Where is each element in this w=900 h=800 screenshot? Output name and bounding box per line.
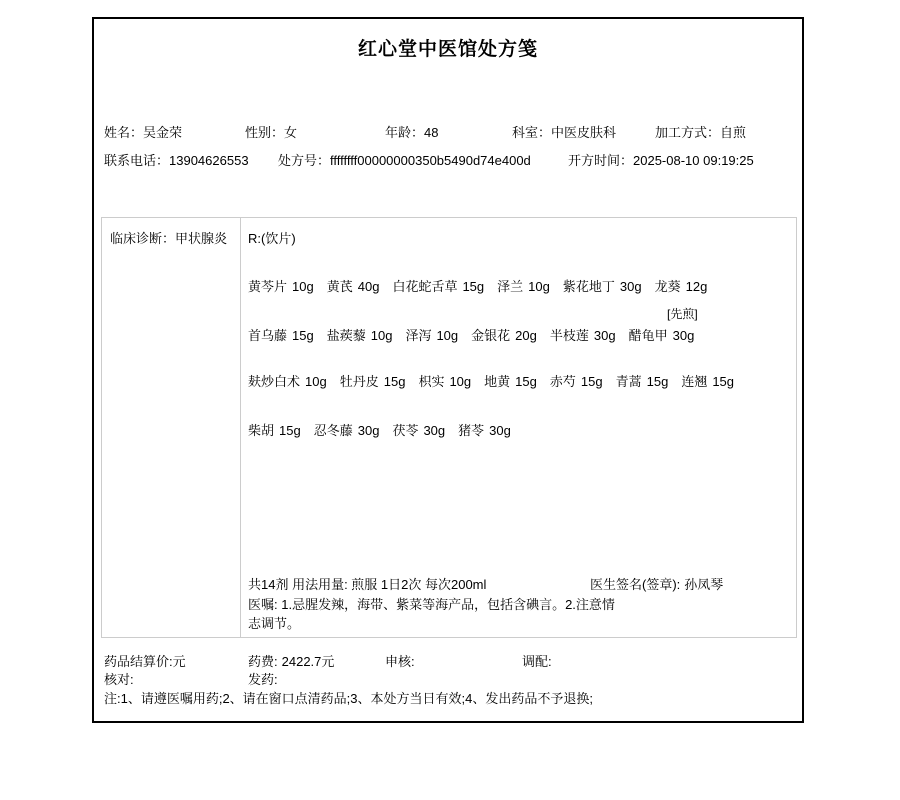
processing-method-value: 自煎 xyxy=(720,125,746,140)
drug-fee-field: 药费:2422.7元 xyxy=(248,651,334,670)
herb-name: 牡丹皮 xyxy=(340,374,379,389)
herb-quantity: 15g xyxy=(515,374,537,389)
doctor-signature-name: 孙凤琴 xyxy=(684,577,723,592)
herb-name: 地黄 xyxy=(484,374,510,389)
patient-age-value: 48 xyxy=(424,125,438,140)
herb-line-1: 黄芩片10g黄芪40g白花蛇舌草15g泽兰10g紫花地丁30g龙葵12g xyxy=(248,276,720,295)
herb-quantity: 15g xyxy=(384,374,406,389)
medical-advice-line-1: 医嘱: 1.忌腥发辣，海带、紫菜等海产品，包括含碘言。2.注意情 xyxy=(248,594,615,613)
herb-name: 紫花地丁 xyxy=(563,279,615,294)
department-field: 科室：中医皮肤科 xyxy=(512,122,616,141)
herb-name: 茯苓 xyxy=(392,423,418,438)
herb-name: 泽泻 xyxy=(405,328,431,343)
usage-text: 共14剂 用法用量: 煎服 1日2次 每次200ml xyxy=(248,574,486,593)
prescription-number-value: ffffffff00000000350b5490d74e400d xyxy=(330,153,531,168)
herb-name: 龙葵 xyxy=(655,279,681,294)
herb-quantity: 15g xyxy=(712,374,734,389)
department-value: 中医皮肤科 xyxy=(551,125,616,140)
medical-advice-line-2: 志调节。 xyxy=(248,613,300,632)
herb-name: 金银花 xyxy=(471,328,510,343)
herb-quantity: 10g xyxy=(371,328,393,343)
herb-quantity: 15g xyxy=(581,374,603,389)
prescription-number-field: 处方号：ffffffff00000000350b5490d74e400d xyxy=(278,150,531,169)
prescription-number-label: 处方号： xyxy=(278,153,330,168)
prescription-time-value: 2025-08-10 09:19:25 xyxy=(633,153,754,168)
drug-fee-label: 药费: xyxy=(248,654,278,669)
processing-method-field: 加工方式：自煎 xyxy=(655,122,746,141)
herb-name: 赤芍 xyxy=(550,374,576,389)
herb-item: 猪苓30g xyxy=(458,423,511,438)
prescription-time-field: 开方时间：2025-08-10 09:19:25 xyxy=(568,150,754,169)
herb-quantity: 15g xyxy=(279,423,301,438)
herb-item: 白花蛇舌草15g xyxy=(392,279,484,294)
patient-name-field: 姓名：吴金荣 xyxy=(104,122,182,141)
herb-item: 首乌藤15g xyxy=(248,328,314,343)
herb-item: 麸炒白术10g xyxy=(248,374,327,389)
herb-quantity: 10g xyxy=(436,328,458,343)
herb-quantity: 15g xyxy=(292,328,314,343)
herb-quantity: 30g xyxy=(423,423,445,438)
diagnosis-field: 临床诊断：甲状腺炎 xyxy=(110,228,227,247)
herb-quantity: 10g xyxy=(292,279,314,294)
herb-quantity: 30g xyxy=(620,279,642,294)
herb-name: 枳实 xyxy=(418,374,444,389)
footer-note: 注:1、请遵医嘱用药;2、请在窗口点清药品;3、本处方当日有效;4、发出药品不予… xyxy=(104,688,593,707)
herb-name: 麸炒白术 xyxy=(248,374,300,389)
patient-name-value: 吴金荣 xyxy=(143,125,182,140)
herb-quantity: 30g xyxy=(673,328,695,343)
herb-name: 首乌藤 xyxy=(248,328,287,343)
herb-quantity: 10g xyxy=(528,279,550,294)
patient-gender-label: 性别： xyxy=(245,125,284,140)
herb-name: 盐蒺藜 xyxy=(327,328,366,343)
herb-item: 赤芍15g xyxy=(550,374,603,389)
herb-item: 泽兰10g xyxy=(497,279,550,294)
settlement-price-label: 药品结算价: xyxy=(104,654,173,669)
herb-item: 忍冬藤30g xyxy=(314,423,380,438)
herb-name: 半枝莲 xyxy=(550,328,589,343)
rx-header: R:(饮片) xyxy=(248,228,296,247)
decoct-first-tag: [先煎] xyxy=(667,305,698,322)
department-label: 科室： xyxy=(512,125,551,140)
herb-name: 白花蛇舌草 xyxy=(392,279,457,294)
phone-value: 13904626553 xyxy=(169,153,249,168)
herb-item: 金银花20g xyxy=(471,328,537,343)
diagnosis-column-divider xyxy=(240,217,241,638)
herb-name: 黄芪 xyxy=(327,279,353,294)
herb-quantity: 40g xyxy=(358,279,380,294)
herb-name: 连翘 xyxy=(681,374,707,389)
diagnosis-label: 临床诊断： xyxy=(110,231,175,246)
herb-quantity: 10g xyxy=(449,374,471,389)
herb-quantity: 15g xyxy=(647,374,669,389)
patient-name-label: 姓名： xyxy=(104,125,143,140)
herb-line-3: 麸炒白术10g牡丹皮15g枳实10g地黄15g赤芍15g青蒿15g连翘15g xyxy=(248,371,747,390)
drug-fee-value: 2422.7元 xyxy=(282,654,335,669)
herb-quantity: 20g xyxy=(515,328,537,343)
herb-name: 柴胡 xyxy=(248,423,274,438)
processing-method-label: 加工方式： xyxy=(655,125,720,140)
patient-gender-field: 性别：女 xyxy=(245,122,297,141)
page-title: 红心堂中医馆处方笺 xyxy=(92,34,804,61)
prescription-page: 红心堂中医馆处方笺 姓名：吴金荣 性别：女 年龄：48 科室：中医皮肤科 加工方… xyxy=(0,0,900,800)
herb-line-4: 柴胡15g忍冬藤30g茯苓30g猪苓30g xyxy=(248,420,524,439)
patient-gender-value: 女 xyxy=(284,125,297,140)
herb-item: 紫花地丁30g xyxy=(563,279,642,294)
herb-quantity: 12g xyxy=(686,279,708,294)
herb-item: 柴胡15g xyxy=(248,423,301,438)
settlement-price-field: 药品结算价:元 xyxy=(104,651,186,670)
herb-name: 泽兰 xyxy=(497,279,523,294)
herb-item: 醋龟甲30g xyxy=(629,328,695,343)
herb-item: 半枝莲30g xyxy=(550,328,616,343)
doctor-signature-label: 医生签名(签章): xyxy=(590,577,680,592)
phone-field: 联系电话：13904626553 xyxy=(104,150,249,169)
herb-item: 牡丹皮15g xyxy=(340,374,406,389)
herb-name: 醋龟甲 xyxy=(629,328,668,343)
herb-item: 龙葵12g xyxy=(655,279,708,294)
herb-quantity: 10g xyxy=(305,374,327,389)
herb-item: 茯苓30g xyxy=(392,423,445,438)
patient-age-label: 年龄： xyxy=(385,125,424,140)
herb-item: 黄芪40g xyxy=(327,279,380,294)
herb-item: 枳实10g xyxy=(418,374,471,389)
herb-name: 青蒿 xyxy=(616,374,642,389)
settlement-price-unit: 元 xyxy=(173,654,186,669)
herb-quantity: 15g xyxy=(462,279,484,294)
herb-name: 黄芩片 xyxy=(248,279,287,294)
herb-item: 地黄15g xyxy=(484,374,537,389)
herb-item: 青蒿15g xyxy=(616,374,669,389)
diagnosis-value: 甲状腺炎 xyxy=(175,231,227,246)
herb-quantity: 30g xyxy=(594,328,616,343)
herb-item: 黄芩片10g xyxy=(248,279,314,294)
herb-name: 忍冬藤 xyxy=(314,423,353,438)
doctor-signature-field: 医生签名(签章):孙凤琴 xyxy=(590,574,723,593)
herb-name: 猪苓 xyxy=(458,423,484,438)
dispense-label: 调配: xyxy=(522,651,552,670)
herb-item: 连翘15g xyxy=(681,374,734,389)
phone-label: 联系电话： xyxy=(104,153,169,168)
prescription-time-label: 开方时间： xyxy=(568,153,633,168)
herb-item: 泽泻10g xyxy=(405,328,458,343)
herb-line-2: 首乌藤15g盐蒺藜10g泽泻10g金银花20g半枝莲30g醋龟甲30g xyxy=(248,325,707,344)
herb-quantity: 30g xyxy=(358,423,380,438)
patient-age-field: 年龄：48 xyxy=(385,122,438,141)
review-label: 申核: xyxy=(385,651,415,670)
give-medicine-label: 发药: xyxy=(248,669,278,688)
herb-item: 盐蒺藜10g xyxy=(327,328,393,343)
check-label: 核对: xyxy=(104,669,134,688)
herb-quantity: 30g xyxy=(489,423,511,438)
